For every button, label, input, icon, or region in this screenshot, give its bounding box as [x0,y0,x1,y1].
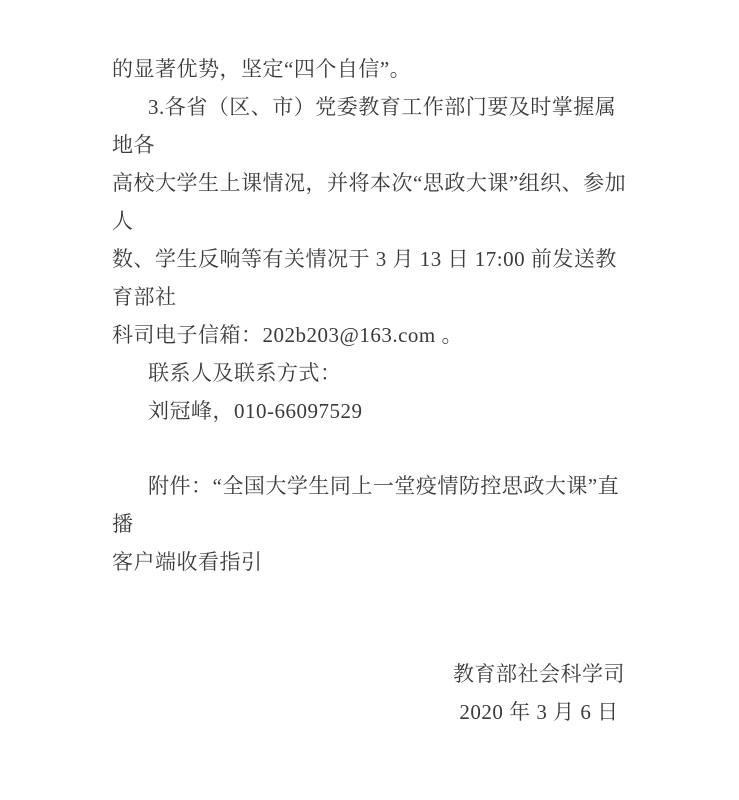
attachment-line-1: 附件：“全国大学生同上一堂疫情防控思政大课”直播 [112,467,631,543]
signature-department: 教育部社会科学司 [453,655,625,693]
paragraph-item3-line-4-email: 科司电子信箱：202b203@163.com 。 [112,316,631,354]
attachment-line-2: 客户端收看指引 [112,543,631,581]
contact-heading-line: 联系人及联系方式： [112,354,631,392]
paragraph-item3-line-3: 数、学生反响等有关情况于 3 月 13 日 17:00 前发送教育部社 [112,240,631,316]
signature-inner: 教育部社会科学司 2020 年 3 月 6 日 [453,655,625,731]
paragraph-continuation-line: 的显著优势，坚定“四个自信”。 [112,50,631,88]
document-page: 的显著优势，坚定“四个自信”。 3.各省（区、市）党委教育工作部门要及时掌握属地… [0,0,739,800]
paragraph-item3-line-1: 3.各省（区、市）党委教育工作部门要及时掌握属地各 [112,88,631,164]
paragraph-item3-line-2: 高校大学生上课情况，并将本次“思政大课”组织、参加人 [112,164,631,240]
signature-block: 教育部社会科学司 2020 年 3 月 6 日 [112,655,631,731]
signature-date: 2020 年 3 月 6 日 [453,693,625,731]
document-body: 的显著优势，坚定“四个自信”。 3.各省（区、市）党委教育工作部门要及时掌握属地… [0,0,739,731]
contact-name-phone-line: 刘冠峰，010-66097529 [112,392,631,430]
